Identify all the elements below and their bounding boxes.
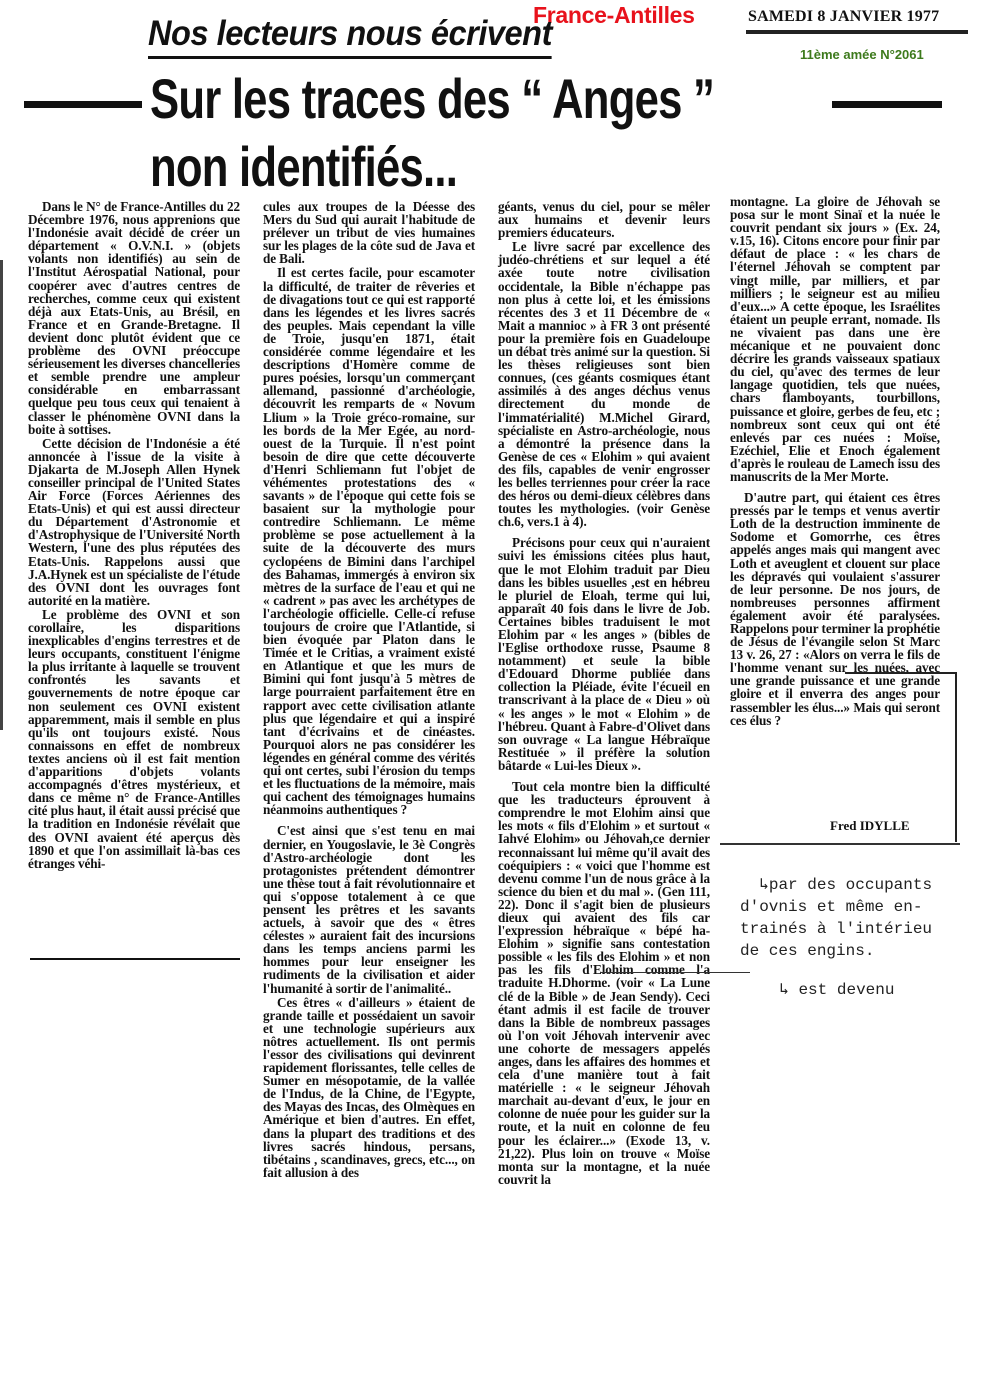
headline-bar-left — [24, 101, 142, 108]
paragraph: Cette décision de l'Indonésie a été anno… — [28, 437, 240, 607]
publication-date: SAMEDI 8 JANVIER 1977 — [748, 8, 939, 26]
annotation-frame-side — [955, 672, 957, 842]
typewritten-note-2: ↳ est devenu — [760, 957, 894, 1001]
article-column-3: géants, venus du ciel, pour se mêler aux… — [498, 200, 710, 1186]
headline-line-2: non identifiés... — [150, 134, 457, 199]
note-text: est devenu — [798, 981, 894, 999]
annotation-frame-top — [845, 672, 957, 674]
date-rule — [746, 30, 968, 34]
annotation-divider — [720, 843, 960, 845]
paragraph: cules aux troupes de la Déesse des Mers … — [263, 200, 475, 265]
paragraph: Précisons pour ceux qui n'auraient suivi… — [498, 536, 710, 772]
paragraph: géants, venus du ciel, pour se mêler aux… — [498, 200, 710, 239]
paragraph: Il est certes facile, pour escamoter la … — [263, 266, 475, 816]
headline-line-1: Sur les traces des “ Anges ” — [150, 66, 714, 131]
arrow-icon: ↳ — [779, 981, 789, 999]
section-rubric: Nos lecteurs nous écrivent — [148, 14, 552, 59]
paragraph: Le problème des OVNI et son corollaire, … — [28, 608, 240, 870]
paragraph: Dans le N° de France-Antilles du 22 Déce… — [28, 200, 240, 436]
article-column-1: Dans le N° de France-Antilles du 22 Déce… — [28, 200, 240, 870]
annotation-pointer-line — [600, 972, 750, 973]
scan-edge — [0, 260, 3, 730]
paragraph: montagne. La gloire de Jéhovah se posa s… — [730, 195, 940, 483]
author-signature: Fred IDYLLE — [830, 818, 910, 834]
paragraph: C'est ainsi que s'est tenu en mai dernie… — [263, 824, 475, 994]
paragraph: Le livre sacré par excellence des judéo-… — [498, 240, 710, 528]
paragraph: Tout cela montre bien la difficulté que … — [498, 780, 710, 1186]
paragraph: D'autre part, qui étaient ces êtres pres… — [730, 491, 940, 727]
arrow-icon: ↳ — [759, 876, 769, 894]
issue-number: 11ème amée N°2061 — [800, 47, 924, 62]
article-column-2: cules aux troupes de la Déesse des Mers … — [263, 200, 475, 1179]
typewritten-note-1: ↳par des occupants d'ovnis et même en- t… — [740, 852, 932, 962]
headline-bar-right — [832, 101, 942, 108]
newspaper-brand: France-Antilles — [533, 2, 695, 29]
column-end-rule — [30, 958, 240, 960]
article-column-4: montagne. La gloire de Jéhovah se posa s… — [730, 195, 940, 727]
paragraph: Ces êtres « d'ailleurs » étaient de gran… — [263, 996, 475, 1179]
note-text: par des occupants d'ovnis et même en- tr… — [740, 876, 932, 960]
